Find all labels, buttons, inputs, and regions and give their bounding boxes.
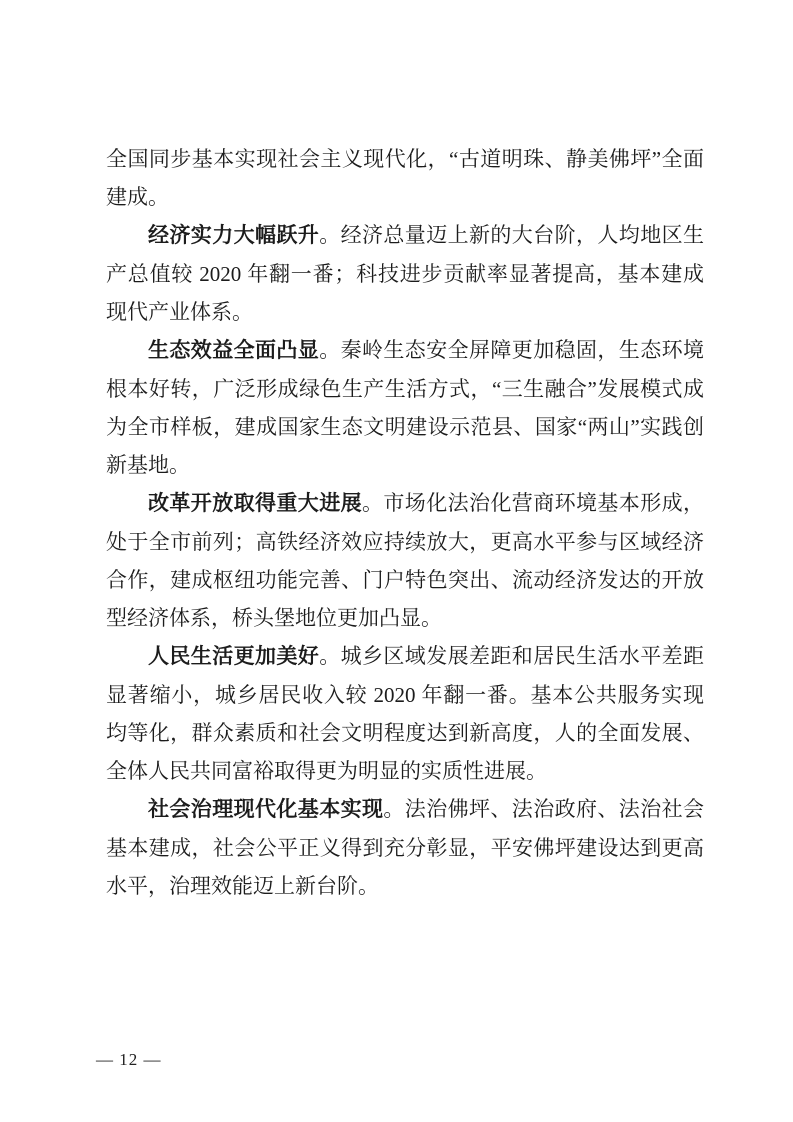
body-paragraph: 生态效益全面凸显。秦岭生态安全屏障更加稳固，生态环境根本好转，广泛形成绿色生产生… [106,331,704,484]
body-paragraph: 经济实力大幅跃升。经济总量迈上新的大台阶，人均地区生产总值较 2020 年翻一番… [106,216,704,331]
page-number: — 12 — [96,1050,162,1070]
body-paragraph: 社会治理现代化基本实现。法治佛坪、法治政府、法治社会基本建成，社会公平正义得到充… [106,790,704,905]
document-page: 全国同步基本实现社会主义现代化，“古道明珠、静美佛坪”全面建成。 经济实力大幅跃… [0,0,793,1122]
paragraph-lead: 改革开放取得重大进展 [148,492,362,515]
body-paragraph: 人民生活更加美好。城乡区域发展差距和居民生活水平差距显著缩小，城乡居民收入较 2… [106,637,704,790]
paragraph-lead: 经济实力大幅跃升 [148,224,319,247]
document-body: 全国同步基本实现社会主义现代化，“古道明珠、静美佛坪”全面建成。 经济实力大幅跃… [106,140,704,905]
paragraph-lead: 社会治理现代化基本实现 [148,798,383,821]
paragraph-text: 全国同步基本实现社会主义现代化，“古道明珠、静美佛坪”全面建成。 [106,147,704,209]
paragraph-lead: 生态效益全面凸显 [148,339,319,362]
paragraph-lead: 人民生活更加美好 [148,645,319,668]
body-paragraph: 全国同步基本实现社会主义现代化，“古道明珠、静美佛坪”全面建成。 [106,140,704,216]
body-paragraph: 改革开放取得重大进展。市场化法治化营商环境基本形成，处于全市前列；高铁经济效应持… [106,484,704,637]
